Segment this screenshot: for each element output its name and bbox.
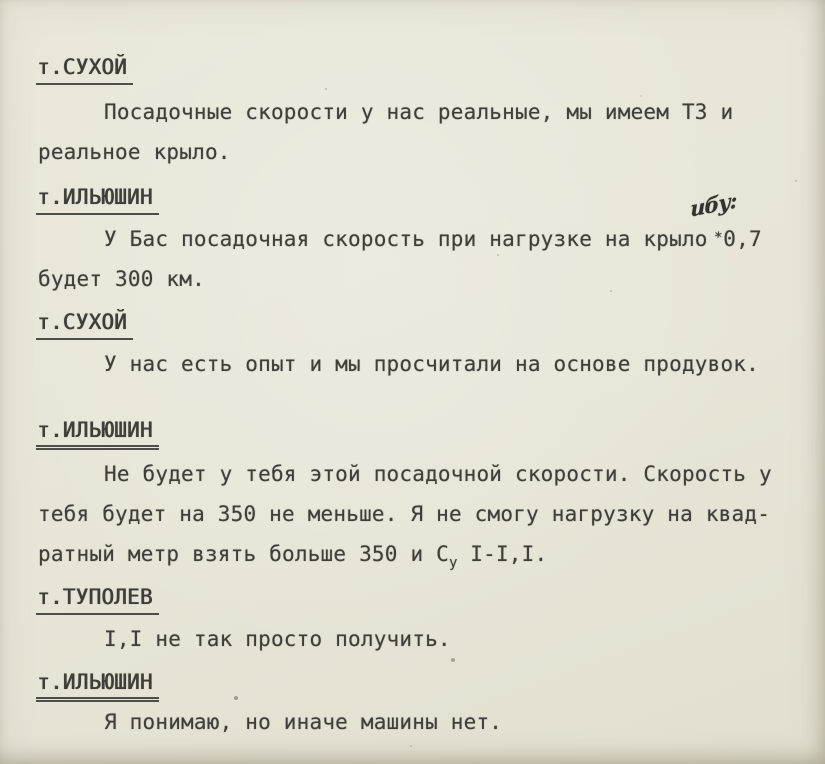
dialogue-line: тебя будет на 350 не меньше. Я не смогу … (38, 501, 770, 527)
dialogue-line: ратный метр взять больше 350 и Су I-I,I. (38, 541, 547, 576)
speaker-heading-sukhoi-1: т.СУХОЙ (36, 54, 133, 85)
dialogue-line: реальное крыло. (38, 139, 231, 165)
dialogue-text: ратный метр взять больше 350 и С (38, 542, 449, 566)
speaker-heading-sukhoi-2: т.СУХОЙ (36, 309, 133, 340)
speaker-heading-ilyushin-2: т.ИЛЬЮШИН (36, 417, 159, 450)
dialogue-line: У Бас посадочная скорость при нагрузке н… (38, 226, 762, 255)
dialogue-line: Посадочные скорости у нас реальные, мы и… (38, 99, 733, 125)
speaker-heading-ilyushin-3: т.ИЛЬЮШИН (36, 669, 159, 702)
dialogue-number: 0,7 (723, 227, 762, 251)
dialogue-text: У Бас посадочная скорость при нагрузке н… (104, 227, 708, 251)
dialogue-line: Я понимаю, но иначе машины нет. (38, 709, 502, 735)
speaker-heading-tupolev: т.ТУПОЛЕВ (36, 584, 159, 615)
dialogue-line: I,I не так просто получить. (38, 626, 451, 652)
dialogue-line: У нас есть опыт и мы просчитали на основ… (38, 351, 759, 377)
dialogue-line: Не будет у тебя этой посадочной скорости… (38, 461, 772, 487)
dialogue-text: I-I,I. (457, 542, 547, 566)
scanned-document-page: т.СУХОЙ Посадочные скорости у нас реальн… (0, 0, 825, 764)
handwritten-annotation: ибу: (690, 187, 736, 221)
dialogue-line: будет 300 км. (38, 266, 205, 292)
scan-speckles (0, 0, 2, 2)
speaker-heading-ilyushin-1: т.ИЛЬЮШИН (36, 184, 159, 215)
